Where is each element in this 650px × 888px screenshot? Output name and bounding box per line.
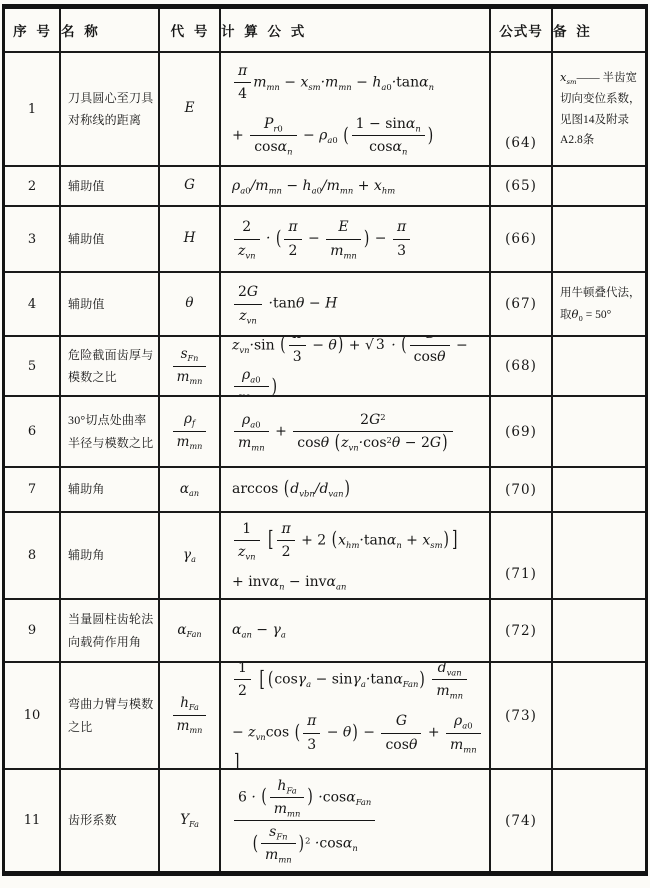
row-remark [553, 468, 645, 513]
row-name: 刀具圆心至刀具 对称线的距离 [61, 53, 160, 167]
row-eq-number: (69) [491, 397, 553, 468]
row-serial: 8 [5, 513, 61, 600]
row-formula: 1zvn [π2 + 2 (xhm·tanαn + xsm)]+ invαn −… [221, 513, 491, 600]
row-symbol: H [160, 207, 221, 273]
row-serial: 1 [5, 53, 61, 167]
row-formula: zvn·sin (π3 − θ) + √3 · (Gcosθ − ρa0mmn) [221, 337, 491, 397]
row-remark [553, 207, 645, 273]
row-eq-number: (68) [491, 337, 553, 397]
row-serial: 3 [5, 207, 61, 273]
row-eq-number: (72) [491, 600, 553, 663]
row-remark [553, 337, 645, 397]
row-symbol: G [160, 167, 221, 207]
row-eq-number: (64) [491, 53, 553, 167]
col-header-eq-no: 公式号 [491, 9, 553, 53]
row-name: 辅助值 [61, 167, 160, 207]
row-formula: ρa0/mmn − ha0/mmn + xhm [221, 167, 491, 207]
row-eq-number: (66) [491, 207, 553, 273]
row-name: 齿形系数 [61, 770, 160, 871]
row-eq-number: (65) [491, 167, 553, 207]
row-serial: 9 [5, 600, 61, 663]
row-symbol: αan [160, 468, 221, 513]
col-header-serial: 序 号 [5, 9, 61, 53]
row-symbol: θ [160, 273, 221, 337]
row-name: 辅助角 [61, 513, 160, 600]
col-header-formula: 计 算 公 式 [221, 9, 491, 53]
row-formula: 2zvn · (π2 − Emmn) − π3 [221, 207, 491, 273]
row-eq-number: (74) [491, 770, 553, 871]
row-symbol: YFa [160, 770, 221, 871]
row-formula: arccos (dvbn/dvan) [221, 468, 491, 513]
row-eq-number: (67) [491, 273, 553, 337]
row-formula: αan − γa [221, 600, 491, 663]
row-remark [553, 397, 645, 468]
col-header-remark: 备 注 [553, 9, 645, 53]
row-formula: 2Gzvn ·tanθ − H [221, 273, 491, 337]
row-formula: π4mmn − xsm·mmn − ha0·tanαn+ Pr0cosαn − … [221, 53, 491, 167]
row-remark: xsm—— 半齿宽切向变位系数，见图14及附录A2.8条 [553, 53, 645, 167]
row-name: 当量圆柱齿轮法 向载荷作用角 [61, 600, 160, 663]
row-symbol: γa [160, 513, 221, 600]
col-header-symbol: 代 号 [160, 9, 221, 53]
scanned-standard-page: 序 号 名 称 代 号 计 算 公 式 公式号 备 注 1刀具圆心至刀具 对称线… [0, 0, 650, 888]
row-remark [553, 513, 645, 600]
row-symbol: hFammn [160, 663, 221, 770]
row-remark [553, 167, 645, 207]
row-remark: 用牛顿叠代法，取θ0 = 50° [553, 273, 645, 337]
row-serial: 7 [5, 468, 61, 513]
formula-table: 序 号 名 称 代 号 计 算 公 式 公式号 备 注 1刀具圆心至刀具 对称线… [2, 4, 648, 876]
row-serial: 5 [5, 337, 61, 397]
row-serial: 4 [5, 273, 61, 337]
row-symbol: αFan [160, 600, 221, 663]
row-serial: 6 [5, 397, 61, 468]
row-eq-number: (70) [491, 468, 553, 513]
row-serial: 11 [5, 770, 61, 871]
row-remark [553, 663, 645, 770]
row-name: 弯曲力臂与模数 之比 [61, 663, 160, 770]
row-name: 危险截面齿厚与 模数之比 [61, 337, 160, 397]
row-symbol: E [160, 53, 221, 167]
row-name: 辅助值 [61, 273, 160, 337]
row-serial: 2 [5, 167, 61, 207]
row-formula: 12 [(cosγa − sinγa·tanαFan) dvanmmn− zvn… [221, 663, 491, 770]
row-name: 辅助值 [61, 207, 160, 273]
row-eq-number: (71) [491, 513, 553, 600]
row-formula: ρa0mmn + 2G2cosθ (zvn·cos2θ − 2G) [221, 397, 491, 468]
row-formula: 6 · (hFammn) ·cosαFan(sFnmmn)2 ·cosαn [221, 770, 491, 871]
row-eq-number: (73) [491, 663, 553, 770]
row-symbol: ρfmmn [160, 397, 221, 468]
row-symbol: sFnmmn [160, 337, 221, 397]
row-name: 30°切点处曲率 半径与模数之比 [61, 397, 160, 468]
row-serial: 10 [5, 663, 61, 770]
row-remark [553, 600, 645, 663]
row-name: 辅助角 [61, 468, 160, 513]
col-header-name: 名 称 [61, 9, 160, 53]
row-remark [553, 770, 645, 871]
